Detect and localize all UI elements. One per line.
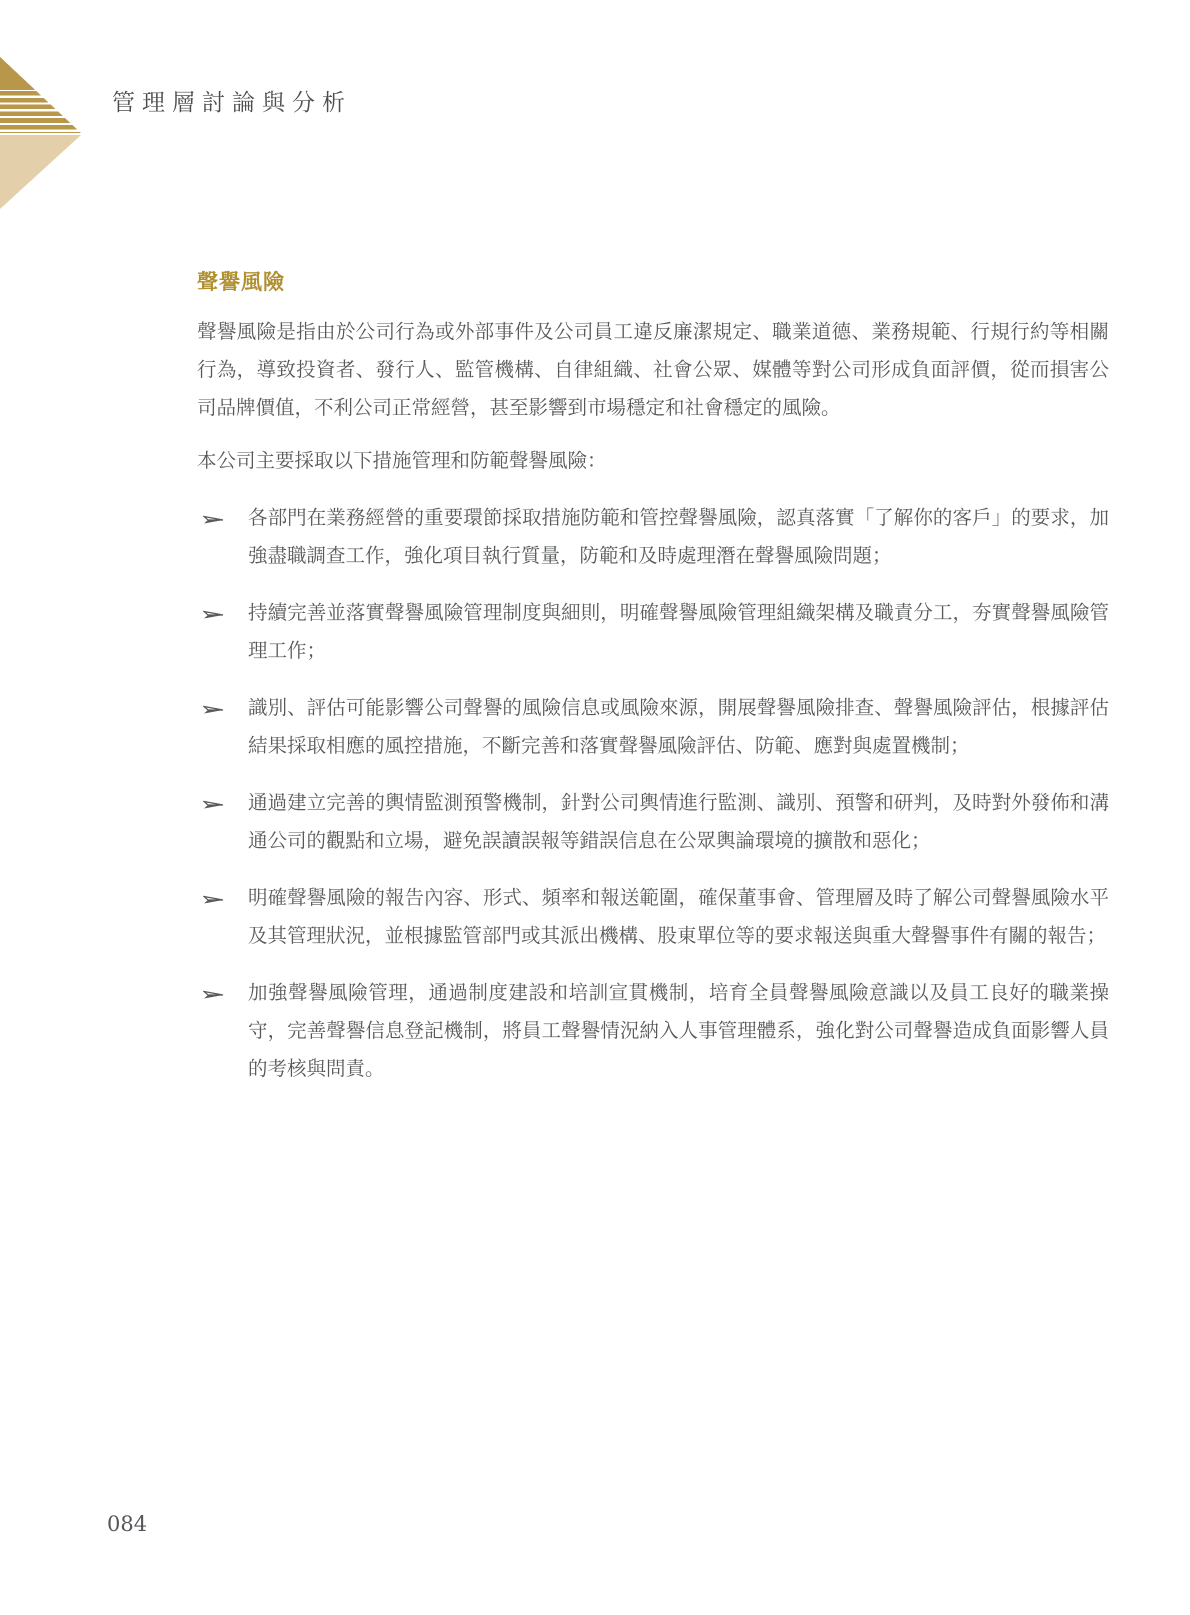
document-page: 管理層討論與分析 聲譽風險 聲譽風險是指由於公司行為或外部事件及公司員工違反廉潔… <box>0 0 1190 1615</box>
arrowhead-bullet-icon <box>197 974 248 1002</box>
intro-paragraph: 聲譽風險是指由於公司行為或外部事件及公司員工違反廉潔規定、職業道德、業務規範、行… <box>197 313 1109 427</box>
list-item: 持續完善並落實聲譽風險管理制度與細則，明確聲譽風險管理組織架構及職責分工，夯實聲… <box>197 594 1109 670</box>
list-item-text: 明確聲譽風險的報告內容、形式、頻率和報送範圍，確保董事會、管理層及時了解公司聲譽… <box>248 879 1109 955</box>
measures-lead: 本公司主要採取以下措施管理和防範聲譽風險： <box>197 442 1109 480</box>
measures-list: 各部門在業務經營的重要環節採取措施防範和管控聲譽風險，認真落實「了解你的客戶」的… <box>197 499 1109 1088</box>
list-item: 通過建立完善的輿情監測預警機制，針對公司輿情進行監測、識別、預警和研判，及時對外… <box>197 784 1109 860</box>
list-item-text: 識別、評估可能影響公司聲譽的風險信息或風險來源，開展聲譽風險排查、聲譽風險評估，… <box>248 689 1109 765</box>
list-item-text: 加強聲譽風險管理，通過制度建設和培訓宣貫機制，培育全員聲譽風險意識以及員工良好的… <box>248 974 1109 1088</box>
list-item: 各部門在業務經營的重要環節採取措施防範和管控聲譽風險，認真落實「了解你的客戶」的… <box>197 499 1109 575</box>
arrowhead-bullet-icon <box>197 784 248 812</box>
list-item-text: 持續完善並落實聲譽風險管理制度與細則，明確聲譽風險管理組織架構及職責分工，夯實聲… <box>248 594 1109 670</box>
list-item-text: 各部門在業務經營的重要環節採取措施防範和管控聲譽風險，認真落實「了解你的客戶」的… <box>248 499 1109 575</box>
arrowhead-bullet-icon <box>197 689 248 717</box>
content-area: 聲譽風險 聲譽風險是指由於公司行為或外部事件及公司員工違反廉潔規定、職業道德、業… <box>197 266 1109 1088</box>
tan-triangle <box>0 135 81 209</box>
list-item-text: 通過建立完善的輿情監測預警機制，針對公司輿情進行監測、識別、預警和研判，及時對外… <box>248 784 1109 860</box>
arrowhead-bullet-icon <box>197 499 248 527</box>
corner-triangle-decoration <box>0 57 81 209</box>
list-item: 明確聲譽風險的報告內容、形式、頻率和報送範圍，確保董事會、管理層及時了解公司聲譽… <box>197 879 1109 955</box>
section-title: 聲譽風險 <box>197 266 1109 296</box>
page-header-title: 管理層討論與分析 <box>112 84 352 117</box>
gold-striped-triangle <box>0 57 81 133</box>
list-item: 加強聲譽風險管理，通過制度建設和培訓宣貫機制，培育全員聲譽風險意識以及員工良好的… <box>197 974 1109 1088</box>
page-number: 084 <box>107 1512 147 1536</box>
list-item: 識別、評估可能影響公司聲譽的風險信息或風險來源，開展聲譽風險排查、聲譽風險評估，… <box>197 689 1109 765</box>
arrowhead-bullet-icon <box>197 879 248 907</box>
arrowhead-bullet-icon <box>197 594 248 622</box>
